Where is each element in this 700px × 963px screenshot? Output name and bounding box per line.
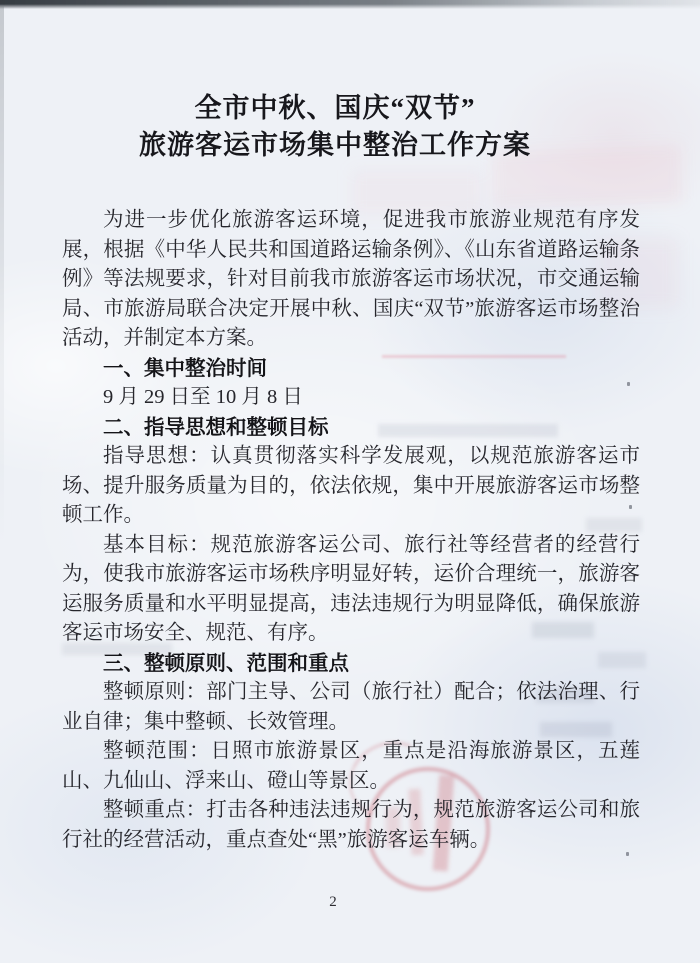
title-line-2: 旅游客运市场集中整治工作方案 bbox=[42, 127, 628, 164]
paragraph-basic-goals: 基本目标：规范旅游客运公司、旅行社等经营者的经营行为，使我市旅游客运市场秩序明显… bbox=[62, 531, 640, 649]
paragraph-scope: 整顿范围：日照市旅游景区，重点是沿海旅游景区，五莲山、九仙山、浮来山、磴山等景区… bbox=[62, 737, 640, 796]
document-title: 全市中秋、国庆“双节” 旅游客运市场集中整治工作方案 bbox=[42, 90, 628, 164]
paragraph-intro: 为进一步优化旅游客运环境，促进我市旅游业规范有序发展，根据《中华人民共和国道路运… bbox=[62, 206, 640, 354]
section-heading-3: 三、整顿原则、范围和重点 bbox=[62, 649, 640, 679]
title-line-1: 全市中秋、国庆“双节” bbox=[42, 90, 628, 127]
document-body: 为进一步优化旅游客运环境，促进我市旅游业规范有序发展，根据《中华人民共和国道路运… bbox=[62, 206, 640, 855]
paragraph-principles: 整顿原则：部门主导、公司（旅行社）配合；依法治理、行业自律；集中整顿、长效管理。 bbox=[62, 678, 640, 737]
scanned-document-page: 全市中秋、国庆“双节” 旅游客运市场集中整治工作方案 为进一步优化旅游客运环境，… bbox=[0, 0, 700, 963]
scanner-edge-shadow bbox=[0, 0, 700, 9]
scanner-edge-shadow-left bbox=[0, 6, 4, 546]
section-heading-2: 二、指导思想和整顿目标 bbox=[62, 413, 640, 443]
paragraph-guiding-ideology: 指导思想：认真贯彻落实科学发展观，以规范旅游客运市场、提升服务质量为目的，依法依… bbox=[62, 442, 640, 531]
page-number: 2 bbox=[318, 894, 348, 911]
paragraph-key-points: 整顿重点：打击各种违法违规行为，规范旅游客运公司和旅行社的经营活动，重点查处“黑… bbox=[62, 796, 640, 855]
section-heading-1: 一、集中整治时间 bbox=[62, 354, 640, 384]
paragraph-dates: 9 月 29 日至 10 月 8 日 bbox=[62, 383, 640, 413]
